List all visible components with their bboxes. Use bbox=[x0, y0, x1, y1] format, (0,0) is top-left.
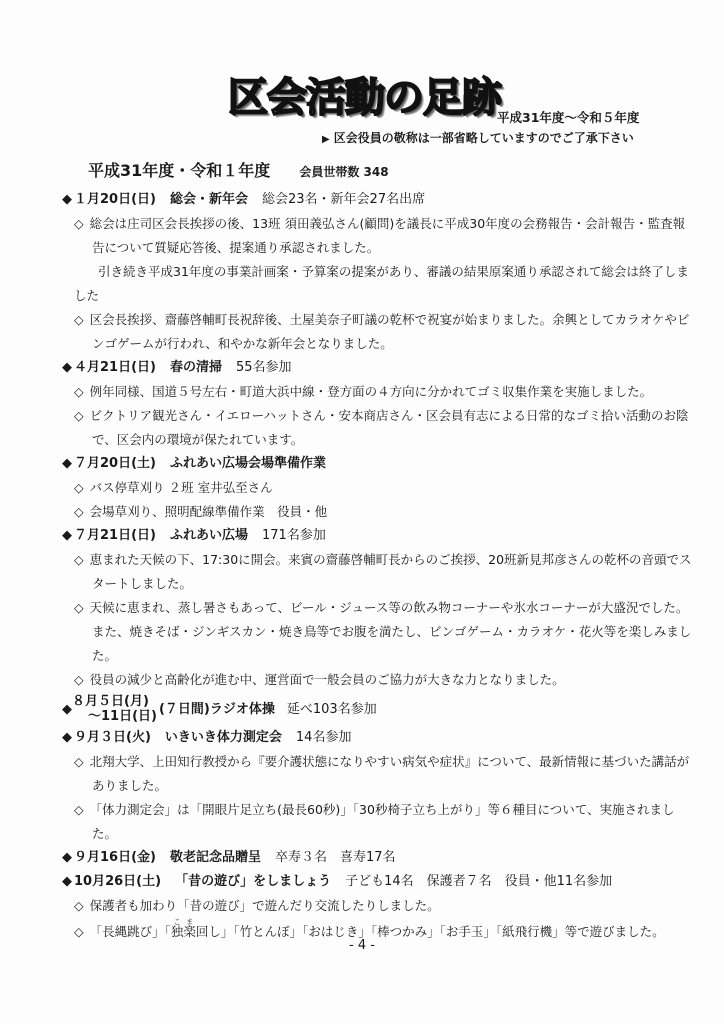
ruby-base: 独楽 bbox=[171, 924, 196, 939]
hollow-diamond-icon: ◇ bbox=[74, 480, 84, 495]
diamond-bullet-icon: ◆ bbox=[62, 850, 72, 865]
event-date: 10月26日(土) bbox=[74, 874, 161, 889]
event-duration-text: (７日間) bbox=[159, 702, 210, 717]
hollow-diamond-icon: ◇ bbox=[74, 754, 84, 769]
event-detail-text: 会場草刈り、照明配線準備作業 役員・他 bbox=[90, 504, 328, 519]
event-detail: ◇ビクトリア観光さん・イエローハットさん・安本商店さん・区会員有志による日常的な… bbox=[70, 404, 692, 452]
event-name: 「昔の遊び」をしましょう bbox=[175, 874, 331, 889]
event-heading: ◆７月20日(土)ふれあい広場会場準備作業 bbox=[62, 452, 692, 476]
event-note: 総会23名・新年会27名出席 bbox=[262, 192, 425, 207]
page-number: - 4 - bbox=[0, 938, 724, 953]
diamond-bullet-icon: ◆ bbox=[62, 192, 72, 207]
event-note: 14名参加 bbox=[296, 730, 352, 745]
hollow-diamond-icon: ◇ bbox=[74, 504, 84, 519]
event-detail: ◇例年同様、国道５号左右・町道大浜中線・登方面の４方向に分かれてゴミ収集作業を実… bbox=[70, 380, 692, 404]
ruby-text: こま bbox=[171, 918, 196, 926]
fiscal-year-range: 平成31年度〜令和５年度 bbox=[497, 108, 639, 126]
event-date-start: ８月５日(月) bbox=[72, 694, 157, 709]
event-detail-paragraph: 引き続き平成31年度の事業計画案・予算案の提案があり、審議の結果原案通り承認され… bbox=[62, 260, 692, 308]
event-detail-text: 「体力測定会」は「開眼片足立ち(最長60秒)」「30秒椅子立ち上がり」等６種目に… bbox=[90, 802, 675, 841]
triangle-right-icon: ▶ bbox=[322, 134, 330, 145]
hollow-diamond-icon: ◇ bbox=[74, 312, 84, 327]
hollow-diamond-icon: ◇ bbox=[74, 216, 84, 231]
event-date-range: ８月５日(月) 〜11日(日) bbox=[72, 694, 157, 724]
event-duration: (７日間)ラジオ体操 bbox=[159, 702, 275, 717]
honorific-note: ▶区会役員の敬称は一部省略していますのでご了承下さい bbox=[322, 129, 634, 146]
diamond-bullet-icon: ◆ bbox=[62, 730, 72, 745]
section-heading: 平成31年度・令和１年度 会員世帯数 348 bbox=[88, 158, 389, 181]
diamond-bullet-icon: ◆ bbox=[62, 360, 72, 375]
event-detail: ◇会場草刈り、照明配線準備作業 役員・他 bbox=[70, 500, 692, 524]
event-detail: ◇役員の減少と高齢化が進む中、運営面で一般会員のご協力が大きな力となりました。 bbox=[70, 668, 692, 692]
event-detail-text: 区会長挨拶、齋藤啓輔町長祝辞後、土屋美奈子町議の乾杯で祝宴が始まりました。余興と… bbox=[90, 312, 690, 351]
event-detail: ◇恵まれた天候の下、17:30に開会。来賓の齋藤啓輔町長からのご挨拶、20班新見… bbox=[70, 548, 692, 596]
section-year: 平成31年度・令和１年度 bbox=[88, 161, 270, 180]
event-name: いきいき体力測定会 bbox=[165, 730, 282, 745]
diamond-bullet-icon: ◆ bbox=[62, 874, 72, 889]
event-detail: ◇区会長挨拶、齋藤啓輔町長祝辞後、土屋美奈子町議の乾杯で祝宴が始まりました。余興… bbox=[70, 308, 692, 356]
event-detail: ◇北翔大学、上田知行教授から『要介護状態になりやすい病気や症状』について、最新情… bbox=[70, 750, 692, 798]
event-detail-text: 保護者も加わり「昔の遊び」で遊んだり交流したりしました。 bbox=[90, 898, 440, 913]
event-date: ９月16日(金) bbox=[74, 850, 156, 865]
hollow-diamond-icon: ◇ bbox=[74, 672, 84, 687]
event-note: 171名参加 bbox=[262, 528, 326, 543]
event-name: ふれあい広場会場準備作業 bbox=[170, 456, 326, 471]
event-heading: ◆10月26日(土)「昔の遊び」をしましょう子ども14名 保護者７名 役員・他1… bbox=[62, 870, 692, 894]
event-detail-text: 天候に恵まれ、蒸し暑さもあって、ビール・ジュース等の飲み物コーナーや氷水コーナー… bbox=[90, 600, 692, 663]
event-heading: ◆９月３日(火)いきいき体力測定会14名参加 bbox=[62, 726, 692, 750]
event-date: ７月20日(土) bbox=[74, 456, 156, 471]
event-detail-text-after: 回し」「竹とんぼ」「おはじき」「棒つかみ」「お手玉」「紙飛行機」等で遊びました。 bbox=[196, 924, 665, 939]
event-name: 春の清掃 bbox=[170, 360, 222, 375]
hollow-diamond-icon: ◇ bbox=[74, 924, 84, 939]
event-date: ７月21日(日) bbox=[74, 528, 156, 543]
event-heading: ◆４月21日(日)春の清掃55名参加 bbox=[62, 356, 692, 380]
event-detail-text: バス停草刈り ２班 室井弘至さん bbox=[90, 480, 273, 495]
event-name: 敬老記念品贈呈 bbox=[170, 850, 261, 865]
event-date: ４月21日(日) bbox=[74, 360, 156, 375]
hollow-diamond-icon: ◇ bbox=[74, 384, 84, 399]
hollow-diamond-icon: ◇ bbox=[74, 552, 84, 567]
event-detail-text: 総会は庄司区会長挨拶の後、13班 須田義弘さん(顧問)を議長に平成30年度の会務… bbox=[90, 216, 686, 255]
hollow-diamond-icon: ◇ bbox=[74, 600, 84, 615]
event-detail-text: 例年同様、国道５号左右・町道大浜中線・登方面の４方向に分かれてゴミ収集作業を実施… bbox=[90, 384, 653, 399]
event-name: 総会・新年会 bbox=[170, 192, 248, 207]
event-detail: ◇天候に恵まれ、蒸し暑さもあって、ビール・ジュース等の飲み物コーナーや氷水コーナ… bbox=[70, 596, 692, 668]
event-note: 卒寿３名 喜寿17名 bbox=[275, 850, 396, 865]
event-detail: ◇保護者も加わり「昔の遊び」で遊んだり交流したりしました。 bbox=[70, 894, 692, 918]
furigana-koma: 独楽こま bbox=[171, 924, 196, 939]
member-households: 会員世帯数 348 bbox=[299, 165, 388, 179]
event-detail-text-before: 「長縄跳び」「 bbox=[90, 924, 171, 939]
event-detail: ◇バス停草刈り ２班 室井弘至さん bbox=[70, 476, 692, 500]
event-detail-text: 役員の減少と高齢化が進む中、運営面で一般会員のご協力が大きな力となりました。 bbox=[90, 672, 565, 687]
diamond-bullet-icon: ◆ bbox=[62, 456, 72, 471]
event-date: ９月３日(火) bbox=[74, 730, 151, 745]
event-name: ラジオ体操 bbox=[210, 702, 275, 717]
event-detail: ◇総会は庄司区会長挨拶の後、13班 須田義弘さん(顧問)を議長に平成30年度の会… bbox=[70, 212, 692, 260]
page-title: 区会活動の足跡 bbox=[228, 74, 501, 122]
event-heading: ◆９月16日(金)敬老記念品贈呈卒寿３名 喜寿17名 bbox=[62, 846, 692, 870]
hollow-diamond-icon: ◇ bbox=[74, 408, 84, 423]
diamond-bullet-icon: ◆ bbox=[62, 702, 72, 717]
event-note: 延べ103名参加 bbox=[287, 702, 377, 717]
event-note: 55名参加 bbox=[236, 360, 292, 375]
hollow-diamond-icon: ◇ bbox=[74, 802, 84, 817]
honorific-note-text: 区会役員の敬称は一部省略していますのでご了承下さい bbox=[334, 131, 634, 145]
event-detail: ◇「体力測定会」は「開眼片足立ち(最長60秒)」「30秒椅子立ち上がり」等６種目… bbox=[70, 798, 692, 846]
document-page: 区会活動の足跡 平成31年度〜令和５年度 ▶区会役員の敬称は一部省略していますの… bbox=[0, 0, 724, 1024]
event-detail-text: 北翔大学、上田知行教授から『要介護状態になりやすい病気や症状』について、最新情報… bbox=[90, 754, 690, 793]
event-heading: ◆７月21日(日)ふれあい広場171名参加 bbox=[62, 524, 692, 548]
activity-log: ◆１月20日(日)総会・新年会総会23名・新年会27名出席 ◇総会は庄司区会長挨… bbox=[62, 188, 692, 944]
event-detail-text: ビクトリア観光さん・イエローハットさん・安本商店さん・区会員有志による日常的なゴ… bbox=[90, 408, 689, 447]
event-detail-text: 恵まれた天候の下、17:30に開会。来賓の齋藤啓輔町長からのご挨拶、20班新見邦… bbox=[90, 552, 692, 591]
event-heading: ◆ ８月５日(月) 〜11日(日) (７日間)ラジオ体操 延べ103名参加 bbox=[62, 692, 692, 726]
event-date: １月20日(日) bbox=[74, 192, 156, 207]
event-name: ふれあい広場 bbox=[170, 528, 248, 543]
event-note: 子ども14名 保護者７名 役員・他11名参加 bbox=[345, 874, 612, 889]
hollow-diamond-icon: ◇ bbox=[74, 898, 84, 913]
event-heading: ◆１月20日(日)総会・新年会総会23名・新年会27名出席 bbox=[62, 188, 692, 212]
diamond-bullet-icon: ◆ bbox=[62, 528, 72, 543]
event-date-end: 〜11日(日) bbox=[72, 709, 157, 724]
